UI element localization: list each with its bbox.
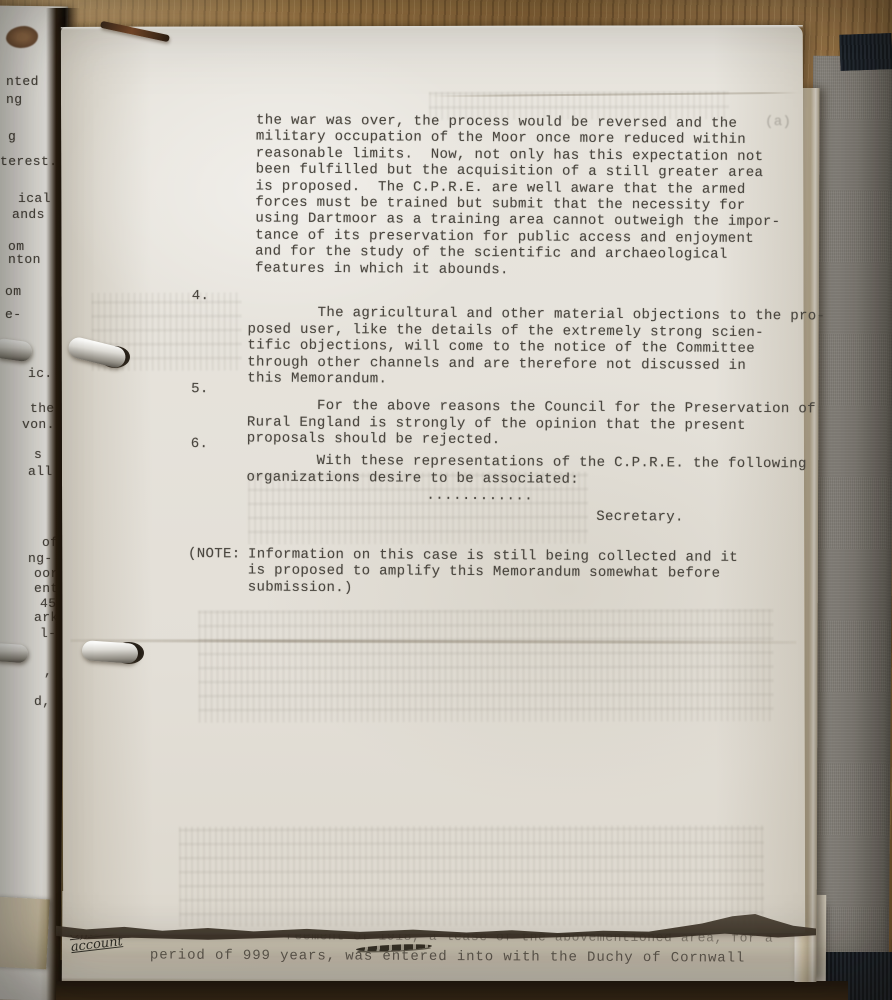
table-shadow-strip — [56, 981, 848, 1000]
ghost-page-mark: (a) — [765, 114, 791, 131]
item-number: 5. — [191, 381, 209, 398]
item-number: 6. — [191, 436, 209, 453]
intro-paragraph: the war was over, the process would be r… — [255, 113, 781, 281]
text-fragment: nton — [8, 252, 41, 267]
photo-of-memorandum-page: ntednggterest.icalandsomntonome-ic.thevo… — [0, 0, 892, 1000]
main-page: the war was over, the process would be r… — [61, 25, 805, 935]
typed-line2: period of 999 years, was entered into wi… — [150, 947, 745, 966]
text-fragment: s — [34, 447, 42, 462]
item-text: With these representations of the C.P.R.… — [246, 453, 806, 487]
binder-ring-bottom — [81, 640, 138, 664]
binder-ring-stub-bottom — [0, 643, 29, 663]
text-fragment: e- — [5, 307, 21, 322]
note-label: (NOTE: — [188, 546, 241, 563]
text-fragment: ng — [6, 92, 22, 107]
text-fragment: ands — [12, 207, 45, 222]
text-fragment: nted — [6, 74, 39, 89]
item-text: The agricultural and other material obje… — [247, 305, 825, 387]
typed-text-layer: the war was over, the process would be r… — [55, 25, 803, 938]
text-fragment: g — [8, 129, 16, 144]
note-text: Information on this case is still being … — [248, 546, 738, 599]
text-fragment: om — [5, 284, 21, 299]
signature-dotted-line: ............ — [426, 488, 533, 505]
signature-title: Secretary. — [596, 509, 684, 526]
item-number: 4. — [192, 288, 210, 305]
